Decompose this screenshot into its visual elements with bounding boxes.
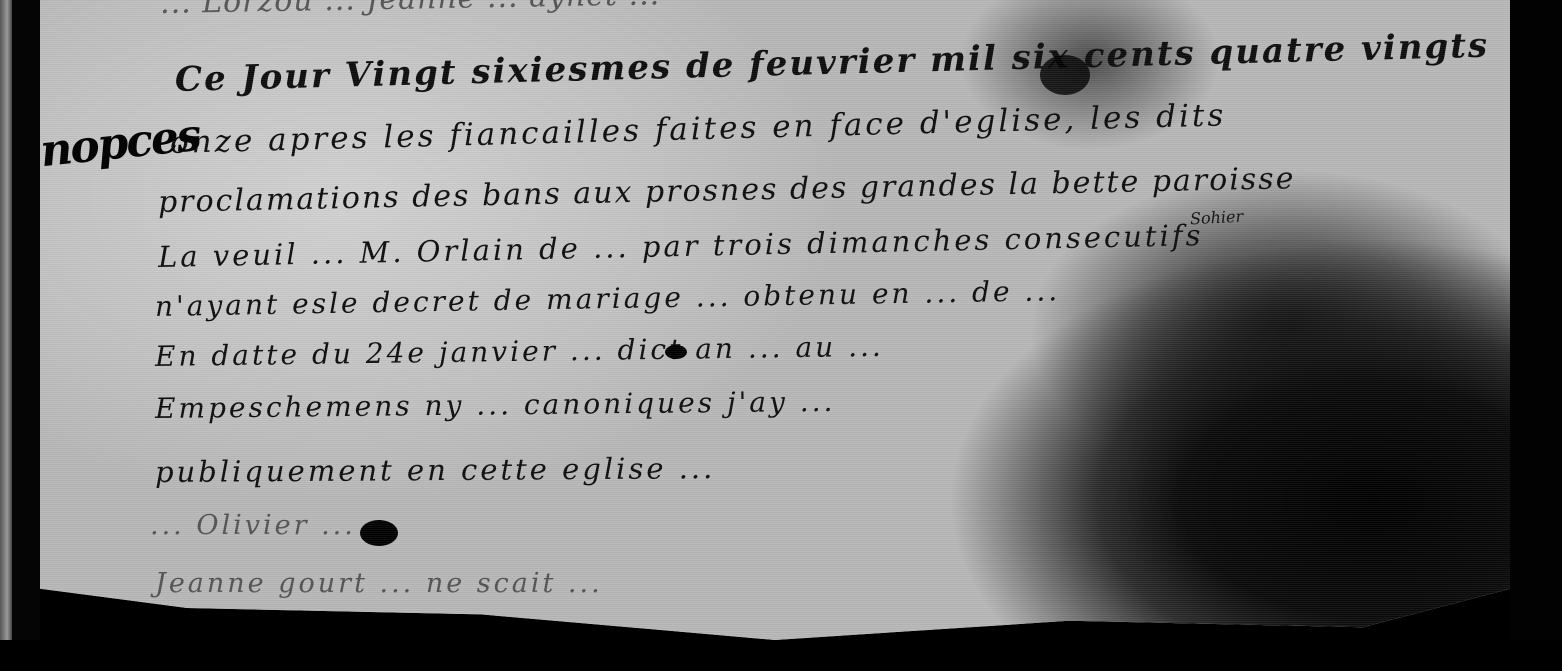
manuscript-line-9: ... Olivier ...: [150, 510, 356, 541]
manuscript-line-4: La veuil ... M. Orlain de ... par trois …: [158, 218, 1204, 274]
manuscript-line-10: Jeanne gourt ... ne scait ...: [155, 568, 603, 599]
manuscript-line-7: Empeschemens ny ... canoniques j'ay ...: [155, 385, 836, 425]
scan-bottom-border: [0, 640, 1562, 671]
adjacent-page-edge: [0, 0, 12, 671]
manuscript-line-2: onze apres les fiancailles faites en fac…: [170, 97, 1227, 161]
manuscript-line-8: publiquement en cette eglise ...: [155, 451, 716, 489]
scanned-register-page: ... Lorzou ... Jeanne ... aynet ... Ce J…: [0, 0, 1562, 671]
manuscript-line-0: ... Lorzou ... Jeanne ... aynet ...: [160, 0, 661, 21]
manuscript-line-5: n'ayant esle decret de mariage ... obten…: [155, 274, 1061, 323]
ink-blot: [1040, 55, 1090, 95]
manuscript-page: ... Lorzou ... Jeanne ... aynet ... Ce J…: [40, 0, 1510, 640]
scan-right-border: [1510, 0, 1562, 671]
manuscript-line-3: proclamations des bans aux prosnes des g…: [158, 161, 1296, 220]
manuscript-line-6: En datte du 24e janvier ... dict an ... …: [155, 330, 884, 373]
ink-blot: [360, 520, 398, 546]
ink-blot: [665, 345, 687, 359]
binding-gutter: [12, 0, 40, 671]
manuscript-line-1: Ce Jour Vingt sixiesmes de feuvrier mil …: [174, 26, 1489, 100]
